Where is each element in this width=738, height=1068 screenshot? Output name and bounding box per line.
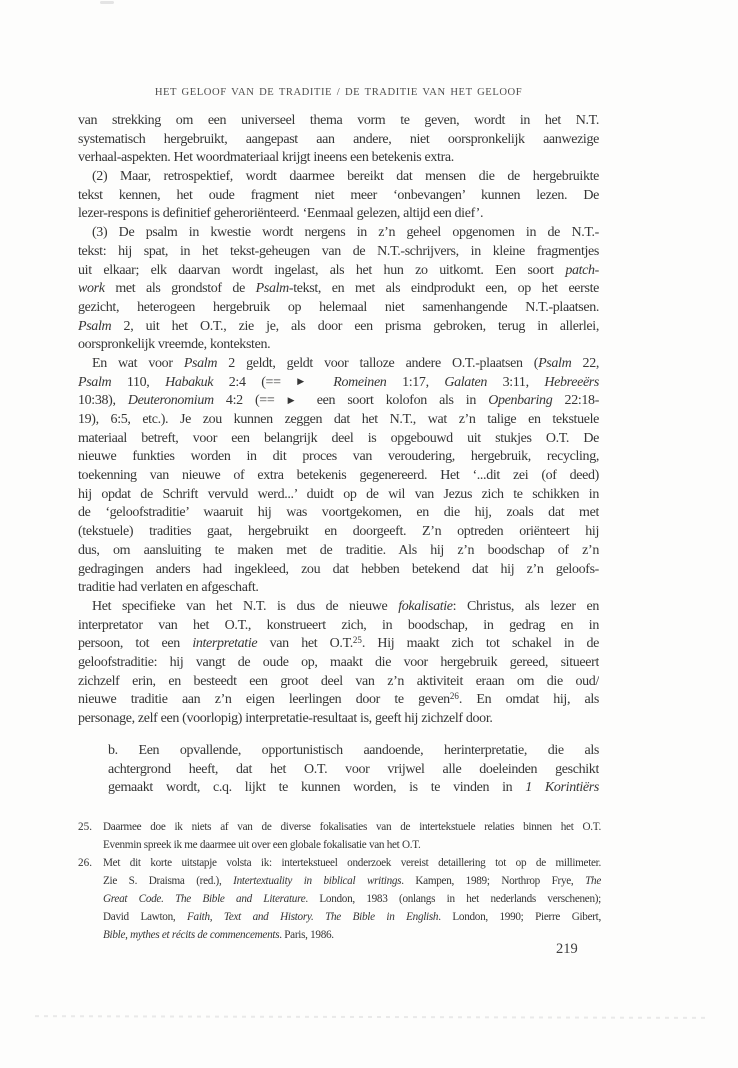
text-line: tekst: hij spat, in het tekst-geheugen v… [78,243,599,262]
text-segment: interpretator van het O.T., konstrueert … [78,618,599,633]
text-segment: interpretatie [192,636,257,651]
footnote-text: Met dit korte uitstapje volsta ik: inter… [103,854,601,944]
text-line: Het specifieke van het N.T. is dus de ni… [78,598,599,617]
text-segment: 3:11, [487,375,544,390]
text-segment: . Kampen, 1989; Northrop Frye, [401,875,585,887]
text-line: nieuwe funkties worden in dit proces van… [78,448,599,467]
text-line: (tekstuele) tradities gaat, hergebruikt … [78,523,599,542]
text-line: Daarmee doe ik niets af van de diverse f… [103,818,601,836]
text-segment: tekst kennen, het oude fragment niet mee… [78,188,599,203]
text-line: En wat voor Psalm 2 geldt, geldt voor ta… [78,355,599,374]
running-header: HET GELOOF VAN DE TRADITIE / DE TRADITIE… [78,87,599,98]
text-segment: 19), 6:5, etc.). Je zou kunnen zeggen da… [78,412,599,427]
text-line: gemaakt wordt, c.q. lijkt te kunnen word… [108,779,599,798]
text-segment: materiaal betreft, voor een belangrijk d… [78,431,599,446]
footnote-text: Daarmee doe ik niets af van de diverse f… [103,818,601,854]
text-line: Great Code. The Bible and Literature. Lo… [103,890,601,908]
text-segment: Great Code. The Bible and Literature [103,893,305,905]
text-line: 10:38), Deuteronomium 4:2 (== ▶ een soor… [78,392,599,411]
text-segment: nieuwe traditie aan z’n eigen leerlingen… [78,692,450,707]
scan-speck [100,1,114,4]
text-segment: van strekking om een universeel thema vo… [78,113,599,128]
page-number: 219 [556,941,590,958]
text-segment: Psalm [256,281,289,296]
text-segment: Deuteronomium [128,393,214,408]
text-segment: . En omdat hij, als [459,692,599,707]
text-segment: 110, [111,375,165,390]
text-line: systematisch hergebruikt, aangepast aan … [78,131,599,150]
text-segment: Met dit korte uitstapje volsta ik: inter… [103,857,601,869]
text-line: gedragingen anders had ingekleed, zou da… [78,561,599,580]
text-segment: Zie S. Draisma (red.), [103,875,233,887]
text-line: traditie had verlaten en afgeschaft. [78,579,599,598]
text-line: Psalm 110, Habakuk 2:4 (== ▶ Romeinen 1:… [78,374,599,393]
text-line: interpretator van het O.T., konstrueert … [78,617,599,636]
text-line: de ‘geloofstraditie’ waaruit hij was voo… [78,504,599,523]
text-segment: Galaten [444,375,487,390]
text-segment: 2:4 (== [213,375,296,390]
text-segment: . London, 1990; Pierre Gibert, [438,911,601,923]
text-segment: fokalisatie [398,599,452,614]
text-segment: (3) De psalm in kwestie wordt nergens in… [92,225,599,240]
text-segment: een soort kolofon als in [305,393,489,408]
footnote-ref: 26 [450,691,459,701]
text-segment: traditie had verlaten en afgeschaft. [78,580,259,595]
text-segment: persoon, tot een [78,636,192,651]
text-segment: Psalm [538,356,571,371]
text-segment: : Christus, als lezer en [453,599,599,614]
text-segment: En wat voor [92,356,184,371]
text-segment: . London, 1983 (onlangs in het nederland… [305,893,601,905]
text-segment: Psalm [184,356,217,371]
text-segment: 1 Korintiërs [525,780,599,795]
text-segment: patch- [565,263,599,278]
text-segment: Psalm [78,375,111,390]
text-segment: gedragingen anders had ingekleed, zou da… [78,562,599,577]
text-segment: 22:18- [552,393,599,408]
text-segment [318,375,334,390]
text-segment: Hebreeërs [544,375,599,390]
text-segment: (2) Maar, retrospektief, wordt daarmee b… [92,169,599,184]
text-line: b. Een opvallende, opportunistisch aando… [108,742,599,761]
text-segment: nieuwe funkties worden in dit proces van… [78,449,599,464]
text-segment: toekenning van nieuwe of extra betekenis… [78,468,599,483]
text-segment: de ‘geloofstraditie’ waaruit hij was voo… [78,505,599,520]
text-segment: The [585,875,601,887]
text-line: geloofstraditie: hij vangt de oude op, m… [78,654,599,673]
text-line: David Lawton, Faith, Text and History. T… [103,908,601,926]
text-line: materiaal betreft, voor een belangrijk d… [78,430,599,449]
footnotes: 25.Daarmee doe ik niets af van de divers… [78,818,601,944]
text-segment: tekst: hij spat, in het tekst-geheugen v… [78,244,599,259]
text-segment: van het O.T. [257,636,353,651]
body-text: van strekking om een universeel thema vo… [78,112,599,729]
footnote-number: 26. [78,854,103,872]
text-segment: b. Een opvallende, opportunistisch aando… [108,743,599,758]
text-line: gezicht, heterogeen hergebruik op helema… [78,299,599,318]
text-segment: . Paris, 1986. [279,929,334,941]
text-segment: systematisch hergebruikt, aangepast aan … [78,132,599,147]
text-line: personage, zelf een (voorlopig) interpre… [78,710,599,729]
text-line: 19), 6:5, etc.). Je zou kunnen zeggen da… [78,411,599,430]
text-line: Evenmin spreek ik me daarmee uit over ee… [103,836,601,854]
text-segment: Faith, Text and History. The Bible in En… [187,911,438,923]
text-segment: Bible, mythes et récits de commencements [103,929,279,941]
text-segment: . Hij maakt zich tot schakel in de [362,636,599,651]
text-segment: Daarmee doe ik niets af van de diverse f… [103,821,601,833]
text-line: tekst kennen, het oude fragment niet mee… [78,187,599,206]
text-line: (2) Maar, retrospektief, wordt daarmee b… [78,168,599,187]
text-line: (3) De psalm in kwestie wordt nergens in… [78,224,599,243]
text-line: toekenning van nieuwe of extra betekenis… [78,467,599,486]
text-segment: gemaakt wordt, c.q. lijkt te kunnen word… [108,780,525,795]
text-segment: oorspronkelijk vreemde, konteksten. [78,337,270,352]
text-segment: Romeinen [333,375,386,390]
text-line: uit elkaar; elk daarvan wordt ingelast, … [78,262,599,281]
text-segment: verhaal-aspekten. Het woordmateriaal kri… [78,150,454,165]
text-segment: Evenmin spreek ik me daarmee uit over ee… [103,839,420,851]
scan-edge-artifact [35,1015,705,1019]
text-segment: Openbaring [488,393,552,408]
text-segment: -tekst, en met als eindprodukt een, op h… [289,281,599,296]
text-segment: David Lawton, [103,911,187,923]
text-segment: work [78,281,105,296]
text-segment: achtergrond heeft, dat het O.T. voor vri… [108,762,599,777]
text-segment: met als grondstof de [105,281,256,296]
text-line: Psalm 2, uit het O.T., zie je, als door … [78,318,599,337]
text-segment: hij opdat de Schrift vervuld werd...’ du… [78,487,599,502]
text-segment: 4:2 (== [214,393,287,408]
text-line: persoon, tot een interpretatie van het O… [78,635,599,654]
text-line: oorspronkelijk vreemde, konteksten. [78,336,599,355]
text-segment: uit elkaar; elk daarvan wordt ingelast, … [78,263,565,278]
footnote-26: 26.Met dit korte uitstapje volsta ik: in… [78,854,601,944]
text-segment: Het specifieke van het N.T. is dus de ni… [92,599,398,614]
footnote-25: 25.Daarmee doe ik niets af van de divers… [78,818,601,854]
footnote-number: 25. [78,818,103,836]
book-page: HET GELOOF VAN DE TRADITIE / DE TRADITIE… [0,0,738,1068]
text-segment: 1:17, [386,375,444,390]
text-line: hij opdat de Schrift vervuld werd...’ du… [78,486,599,505]
text-line: Met dit korte uitstapje volsta ik: inter… [103,854,601,872]
ref-arrow-icon: ▶ [296,376,317,386]
text-segment: dus, om aansluiting te maken met de trad… [78,543,599,558]
text-line: Zie S. Draisma (red.), Intertextuality i… [103,872,601,890]
text-segment: 22, [571,356,599,371]
text-segment: 2 geldt, geldt voor talloze andere O.T.-… [217,356,538,371]
quote-block: b. Een opvallende, opportunistisch aando… [108,742,599,798]
text-segment: Psalm [78,319,111,334]
text-line: verhaal-aspekten. Het woordmateriaal kri… [78,149,599,168]
text-segment: personage, zelf een (voorlopig) interpre… [78,711,493,726]
text-segment: gezicht, heterogeen hergebruik op helema… [78,300,599,315]
text-segment: Intertextuality in biblical writings [233,875,401,887]
text-line: nieuwe traditie aan z’n eigen leerlingen… [78,691,599,710]
text-segment: (tekstuele) tradities gaat, hergebruikt … [78,524,599,539]
text-segment: Habakuk [165,375,213,390]
text-line: zichzelf erin, en besteedt een groot dee… [78,673,599,692]
text-segment: geloofstraditie: hij vangt de oude op, m… [78,655,599,670]
text-segment: zichzelf erin, en besteedt een groot dee… [78,674,599,689]
footnote-ref: 25 [353,635,362,645]
text-line: work met als grondstof de Psalm-tekst, e… [78,280,599,299]
text-segment: 2, uit het O.T., zie je, als door een pr… [111,319,599,334]
text-line: achtergrond heeft, dat het O.T. voor vri… [108,761,599,780]
text-line: dus, om aansluiting te maken met de trad… [78,542,599,561]
text-line: van strekking om een universeel thema vo… [78,112,599,131]
ref-arrow-icon: ▶ [287,395,305,405]
text-line: Bible, mythes et récits de commencements… [103,926,601,944]
text-segment: lezer-respons is definitief geheroriënte… [78,206,483,221]
text-segment: 10:38), [78,393,128,408]
text-line: lezer-respons is definitief geheroriënte… [78,205,599,224]
